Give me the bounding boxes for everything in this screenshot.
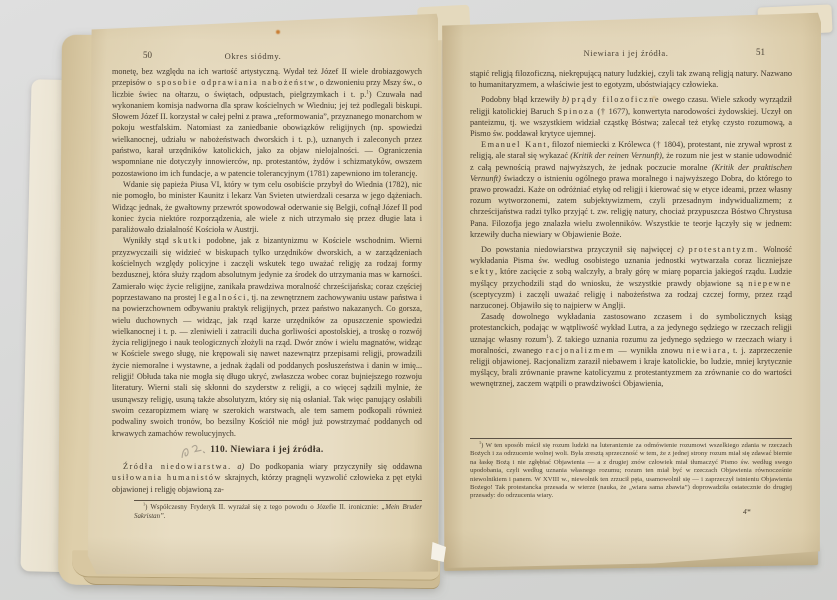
text-segment: Wynikły stąd [123, 236, 173, 245]
fox-spot [236, 336, 242, 340]
paragraph: monetę, bez względu na ich wartość artys… [112, 66, 422, 179]
paragraph: Zasadę dowolnego wykładania zastosowano … [470, 311, 792, 389]
running-header-right: Niewiara i jej źródła. [541, 48, 711, 58]
text-segment: , które zacięcie z sobą walczyły, a brał… [470, 267, 792, 287]
text-segment: protestantyzm. [689, 245, 759, 254]
paragraph: Wdanie się papieża Piusa VI, który w tym… [112, 179, 422, 235]
text-segment: Wdanie się papieża Piusa VI, który w tym… [112, 180, 422, 234]
paragraph: Wynikły stąd skutki podobne, jak z bizan… [112, 235, 422, 438]
paragraph: Emanuel Kant, filozof niemiecki z Królew… [470, 139, 792, 240]
paragraph-group: Źródła niedowiarstwa. a) Do podkopania w… [112, 461, 422, 495]
text-segment: niepewne [748, 279, 792, 288]
text-segment: Emanuel Kant [481, 140, 547, 149]
text-segment: ) Współczesny Fryderyk II. wyrażał się z… [145, 504, 381, 511]
paragraph-group: monetę, bez względu na ich wartość artys… [112, 66, 422, 439]
text-segment: o sposobie odprawiania nabożeństw [148, 78, 316, 87]
text-segment: stąpić religją filozoficzną, niekrępując… [470, 69, 792, 89]
body-text-left: monetę, bez względu na ich wartość artys… [112, 66, 422, 495]
text-segment: niewiara [687, 346, 728, 355]
text-segment: świadczy o istnieniu ogólnego prawa mora… [470, 174, 792, 239]
fox-spot [276, 30, 280, 34]
fox-spot [652, 96, 656, 99]
footnote-right: 1) W ten sposób mścił się rozum ludzki n… [470, 438, 792, 501]
text-segment: (Kritik der reinen Vernunft) [570, 151, 662, 160]
text-segment: prądy filozoficzne [572, 95, 660, 104]
paragraph: Do powstania niedowiarstwa przyczynił si… [470, 244, 792, 311]
paragraph: Podobny błąd krzewiły b) prądy filozofic… [470, 94, 792, 139]
text-segment: Do podkopania wiary przyczyniły się odda… [244, 462, 422, 471]
body-text-right: stąpić religją filozoficzną, niekrępując… [470, 68, 792, 390]
text-segment: — wynikła znowu [615, 346, 687, 355]
text-segment: usiłowania humanistów [112, 473, 222, 482]
text-segment: Do powstania niedowiarstwa przyczynił si… [481, 245, 677, 254]
page-number-left: 50 [143, 50, 152, 60]
text-segment: c) [677, 245, 683, 254]
left-page: 50 Okres siódmy. monetę, bez względu na … [86, 12, 438, 576]
text-segment: Źródła niedowiarstwa. [123, 462, 232, 471]
text-segment: skutki [173, 236, 202, 245]
footnote-left: 1) Współczesny Fryderyk II. wyrażał się … [134, 500, 422, 521]
text-segment: Spinoza [557, 107, 594, 116]
signature-mark: 4* [743, 507, 751, 516]
section-heading: 110. Niewiara i jej źródła. [112, 445, 422, 456]
text-segment: (sceptycyzm) i zaczęli uważać religję i … [470, 290, 792, 310]
text-segment: ) Czuwała nad wykonaniem komisja nadworn… [112, 90, 422, 178]
text-segment: sekty [470, 267, 495, 276]
text-segment: legalności [199, 293, 247, 302]
paragraph: stąpić religją filozoficzną, niekrępując… [470, 68, 792, 90]
running-header-left: Okres siódmy. [173, 51, 333, 61]
text-segment: , tj. na zewnętrznem zachowywaniu ustaw … [112, 293, 422, 438]
paragraph: Źródła niedowiarstwa. a) Do podkopania w… [112, 461, 422, 495]
text-segment: ) W ten sposób mścił się rozum ludzki na… [470, 442, 792, 499]
page-number-right: 51 [741, 47, 765, 57]
right-page: Niewiara i jej źródła. 51 stąpić religją… [441, 10, 821, 568]
open-book-photo: 50 Okres siódmy. monetę, bez względu na … [0, 0, 837, 600]
text-segment: racjonalizmem [546, 346, 615, 355]
text-segment: Podobny błąd krzewiły [481, 95, 562, 104]
spine-gap-tear [431, 542, 446, 562]
text-segment: b) [562, 95, 569, 104]
